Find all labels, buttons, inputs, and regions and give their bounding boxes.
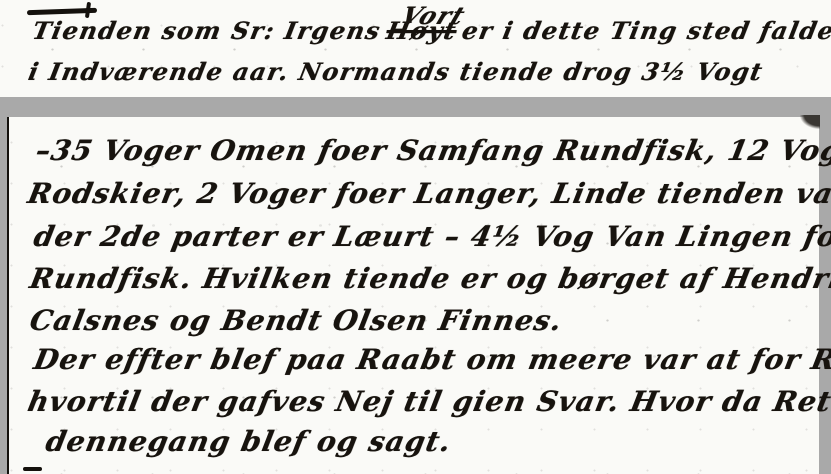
scanned-document-page: { "colors": { "frame_gray": "#a9a9a9", "… bbox=[0, 0, 831, 474]
handwriting-line: der 2de parter er Læurt – 4½ Vog Van Lin… bbox=[31, 220, 831, 253]
top-scan-strip: Tienden som Sr: IrgensHøytVorter i dette… bbox=[0, 0, 831, 97]
handwriting-line: Calsnes og Bendt Olsen Finnes. bbox=[27, 304, 565, 337]
main-scan-page: –35 Voger Omen foer Samfang Rundfisk, 12… bbox=[7, 117, 819, 474]
handwriting-line: Der effter blef paa Raabt om meere var a… bbox=[31, 343, 831, 376]
page-corner-shadow bbox=[800, 115, 820, 129]
handwriting-line: hvortil der gafves Nej til gien Svar. Hv… bbox=[25, 385, 831, 418]
inserted-word: Vort bbox=[397, 1, 470, 30]
handwriting-line: –35 Voger Omen foer Samfang Rundfisk, 12… bbox=[33, 134, 831, 167]
handwriting-line: dennegang blef og sagt. bbox=[43, 425, 454, 458]
handwriting-line: Tienden som Sr: IrgensHøytVorter i dette… bbox=[30, 16, 831, 45]
handwriting-text: Tienden som Sr: Irgens bbox=[30, 16, 384, 45]
stray-ink-mark bbox=[23, 467, 42, 471]
handwriting-line: i Indværende aar. Normands tiende drog 3… bbox=[26, 57, 766, 86]
inline-correction: HøytVort bbox=[384, 16, 459, 45]
handwriting-line: Rodskier, 2 Voger foer Langer, Linde tie… bbox=[25, 177, 831, 210]
handwriting-text: er i dette Ting sted falden bbox=[460, 16, 831, 45]
handwriting-line: Rundfisk. Hvilken tiende er og børget af… bbox=[27, 262, 831, 295]
